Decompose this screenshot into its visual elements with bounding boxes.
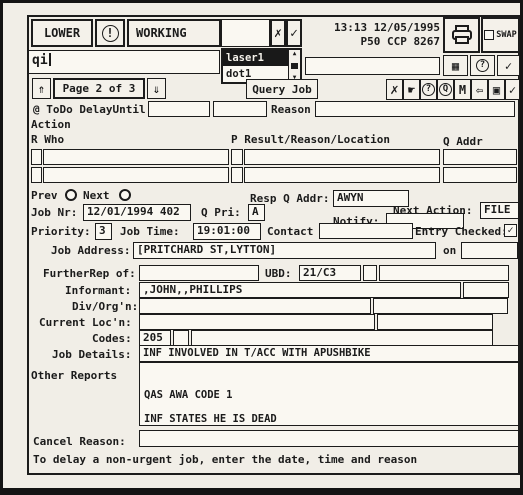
printer-cancel-button[interactable]: ✗: [270, 19, 286, 47]
job-details-value: INF INVOLVED IN T/ACC WITH APUSHBIKE: [143, 347, 371, 359]
command-input-value: qi: [32, 53, 48, 68]
page-up-button[interactable]: ⇑: [32, 78, 51, 99]
page-down-button[interactable]: ⇓: [147, 78, 166, 99]
alert-button[interactable]: !: [95, 19, 125, 47]
job-address-value: [PRITCHARD ST,LYTTON]: [137, 243, 276, 256]
page-down-icon: ⇓: [153, 82, 160, 96]
message-button[interactable]: M: [454, 79, 471, 100]
ubd-field[interactable]: 21/C3: [299, 265, 361, 281]
swap-label: SWAP: [496, 29, 516, 42]
help-icon: ?: [422, 83, 435, 96]
clock-datetime: 13:13 12/05/1995: [315, 21, 440, 34]
result-field-1[interactable]: [244, 149, 440, 165]
current-loc-extra-field[interactable]: [377, 314, 493, 330]
informant-label: Informant:: [65, 284, 131, 297]
result-flag-field-1[interactable]: [231, 149, 243, 165]
action-flag-field-1[interactable]: [31, 149, 42, 165]
informant-value: ,JOHN,,PHILLIPS: [143, 283, 242, 296]
cad-terminal-window: LOWER ! WORKING ✗ ✓ 13:13 12/05/1995 P50…: [0, 0, 523, 495]
current-loc-field[interactable]: [139, 314, 375, 330]
secondary-command-field[interactable]: [305, 57, 440, 75]
next-radio[interactable]: [119, 189, 131, 201]
div-org-label: Div/Org'n:: [72, 300, 138, 313]
swap-panel: SWAP: [481, 17, 520, 53]
entry-checked-checkbox[interactable]: ✓: [504, 224, 517, 237]
message-m-icon: M: [459, 83, 466, 97]
keypad-button[interactable]: ▦: [443, 55, 468, 76]
check-icon: ✓: [507, 225, 513, 236]
prev-label: Prev: [31, 189, 58, 202]
further-rep-field[interactable]: [139, 265, 259, 281]
resp-q-addr-value: AWYN: [337, 191, 364, 204]
job-nr-field[interactable]: 12/01/1994 402: [83, 204, 191, 221]
ubd-label: UBD:: [265, 267, 292, 280]
swap-checkbox[interactable]: [484, 30, 494, 40]
lower-button[interactable]: LOWER: [31, 19, 93, 47]
dropdown-option-laser1[interactable]: laser1: [223, 50, 288, 66]
dispatch-button[interactable]: ☛: [403, 79, 420, 100]
prev-radio[interactable]: [65, 189, 77, 201]
help-icon: ?: [476, 59, 489, 72]
confirm-job-button[interactable]: ✓: [505, 79, 520, 100]
result-field-2[interactable]: [244, 167, 440, 183]
help-button[interactable]: ?: [470, 55, 495, 76]
codes-field-2[interactable]: [173, 330, 189, 346]
contact-label: Contact: [267, 225, 313, 238]
q-pri-label: Q Pri:: [201, 206, 241, 219]
codes-label: Codes:: [92, 332, 132, 345]
lower-button-label: LOWER: [44, 26, 80, 40]
x-icon: ✗: [274, 26, 282, 41]
scroll-up-icon[interactable]: ▲: [293, 50, 297, 58]
next-label: Next: [83, 189, 110, 202]
x-icon: ✗: [390, 82, 398, 98]
check-icon: ✓: [505, 59, 512, 73]
job-query-button[interactable]: Q: [437, 79, 454, 100]
priority-label: Priority:: [31, 225, 91, 238]
cancel-reason-field[interactable]: [139, 430, 519, 447]
dropdown-scrollbar[interactable]: ▲ ▼: [288, 50, 300, 82]
job-address-label: Job Address:: [51, 244, 130, 257]
printer-ok-button[interactable]: ✓: [286, 19, 302, 47]
todo-delay-label: @ ToDo DelayUntil: [33, 103, 146, 116]
page-up-icon: ⇑: [38, 82, 45, 96]
printer-select-field[interactable]: [221, 19, 270, 47]
page-indicator: Page 2 of 3: [53, 78, 145, 99]
reason-field[interactable]: [315, 101, 515, 117]
pointing-hand-icon: ☛: [408, 83, 415, 97]
query-job-button[interactable]: Query Job: [246, 79, 318, 99]
action-label: Action: [31, 118, 71, 131]
action-flag-field-2[interactable]: [31, 167, 42, 183]
job-help-button[interactable]: ?: [420, 79, 437, 100]
who-field-2[interactable]: [43, 167, 229, 183]
scrollbar-thumb[interactable]: [291, 63, 298, 69]
result-flag-field-2[interactable]: [231, 167, 243, 183]
job-details-label: Job Details:: [52, 348, 131, 361]
ubd-flag-field[interactable]: [363, 265, 377, 281]
screen-button[interactable]: ▣: [488, 79, 505, 100]
cancel-reason-label: Cancel Reason:: [33, 435, 126, 448]
keypad-icon: ▦: [452, 59, 459, 73]
delay-time-field[interactable]: [213, 101, 267, 117]
further-rep-label: FurtherRep of:: [43, 267, 136, 280]
query-q-icon: Q: [439, 83, 452, 96]
priority-field[interactable]: 3: [95, 223, 112, 240]
printer-icon: [451, 25, 473, 45]
col-header-qaddr: Q Addr: [443, 135, 483, 148]
informant-extra-field[interactable]: [463, 282, 509, 298]
ubd-extra-field[interactable]: [379, 265, 509, 281]
screen-icon: ▣: [493, 83, 500, 97]
job-time-label: Job Time:: [120, 225, 180, 238]
codes-value: 205: [143, 331, 163, 344]
priority-value: 3: [99, 224, 106, 237]
q-pri-value: A: [252, 205, 259, 218]
command-input[interactable]: qi: [28, 50, 220, 74]
accept-button[interactable]: ✓: [497, 55, 520, 76]
other-reports-label: Other Reports: [31, 369, 117, 382]
status-hint: To delay a non-urgent job, enter the dat…: [33, 453, 417, 466]
delay-date-field[interactable]: [148, 101, 210, 117]
q-pri-field[interactable]: A: [248, 204, 265, 221]
current-loc-label: Current Loc'n:: [39, 316, 132, 329]
col-header-result: P Result/Reason/Location: [231, 133, 390, 146]
cancel-job-button[interactable]: ✗: [386, 79, 403, 100]
other-reports-area[interactable]: QAS AWA CODE 1 INF STATES HE IS DEAD: [139, 362, 519, 426]
who-field-1[interactable]: [43, 149, 229, 165]
on-label: on: [443, 244, 456, 257]
job-nr-label: Job Nr:: [31, 206, 77, 219]
job-time-field[interactable]: 19:01:00: [193, 223, 261, 240]
codes-field-3[interactable]: [191, 330, 493, 346]
alert-icon: !: [102, 25, 119, 42]
ubd-value: 21/C3: [303, 266, 336, 279]
contact-field[interactable]: [319, 223, 413, 239]
check-icon: ✓: [509, 83, 516, 97]
on-date-field[interactable]: [461, 242, 518, 259]
next-action-field[interactable]: FILE: [480, 202, 519, 219]
status-label: WORKING: [136, 27, 187, 40]
query-job-label: Query Job: [252, 83, 312, 96]
qaddr-field-1[interactable]: [443, 149, 517, 165]
back-button[interactable]: ⇦: [471, 79, 488, 100]
qaddr-field-2[interactable]: [443, 167, 517, 183]
job-address-field[interactable]: [PRITCHARD ST,LYTTON]: [133, 242, 436, 259]
back-arrow-icon: ⇦: [476, 83, 483, 97]
informant-field[interactable]: ,JOHN,,PHILLIPS: [139, 282, 461, 298]
entry-checked-label: Entry Checked:: [415, 225, 508, 238]
check-icon: ✓: [290, 26, 298, 41]
reason-label: Reason: [271, 103, 311, 116]
option-label: laser1: [226, 52, 264, 64]
page-indicator-label: Page 2 of 3: [63, 82, 136, 95]
status-panel: WORKING: [127, 19, 221, 47]
col-header-who: R Who: [31, 133, 64, 146]
print-button[interactable]: [443, 17, 480, 53]
div-org-extra-field[interactable]: [373, 298, 508, 314]
codes-field-1[interactable]: 205: [139, 330, 171, 346]
job-nr-value: 12/01/1994 402: [87, 205, 180, 218]
station-id: P50 CCP 8267: [315, 35, 440, 48]
div-org-field[interactable]: [139, 298, 371, 314]
printer-dropdown-items: laser1 dot1: [223, 50, 288, 82]
job-details-field[interactable]: INF INVOLVED IN T/ACC WITH APUSHBIKE: [139, 345, 519, 362]
job-time-value: 19:01:00: [197, 224, 250, 237]
text-cursor: [49, 53, 51, 66]
next-action-value: FILE: [484, 203, 511, 216]
